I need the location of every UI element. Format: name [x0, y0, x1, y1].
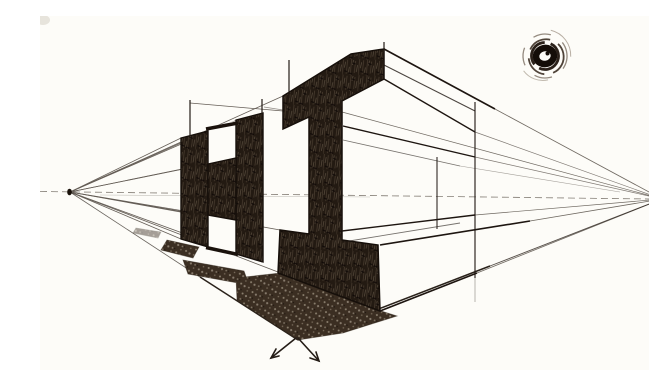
left-vanishing-point: [67, 189, 72, 196]
sketch-canvas: [40, 16, 649, 370]
letter-h-right-stem: [236, 113, 263, 262]
letter-h-crossbar: [208, 158, 236, 220]
perspective-sketch: [40, 16, 649, 370]
letter-h-left-stem: [181, 131, 208, 247]
letter-h: [181, 113, 263, 262]
